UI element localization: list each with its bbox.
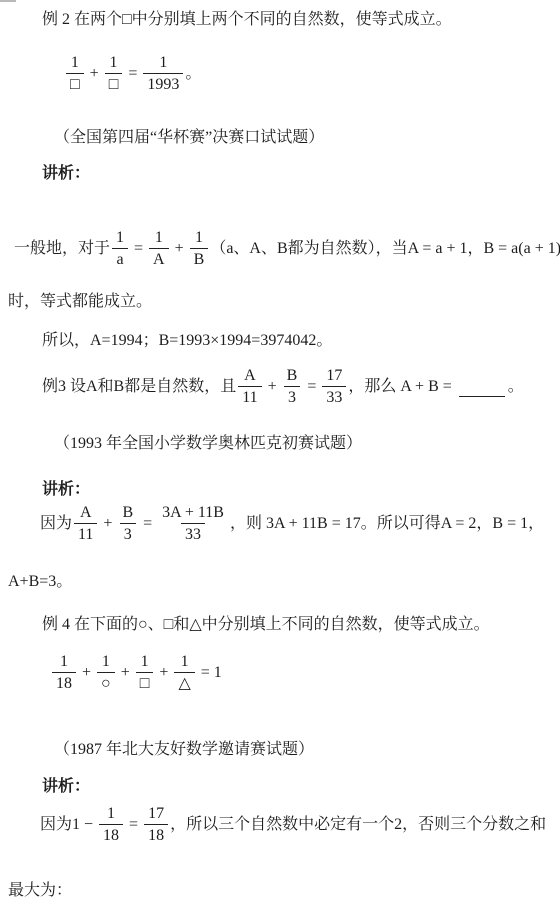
fraction: 1a — [112, 228, 128, 269]
fraction-denominator: 3 — [284, 386, 300, 407]
fraction: B3 — [118, 503, 137, 544]
fraction-denominator: □ — [105, 73, 123, 94]
formula-text: ，所以三个自然数中必定有一个2，否则三个分数之和 — [170, 813, 546, 837]
example3-analysis-line1: 因为A11 + B3 = 3A + 11B33，则 3A + 11B = 17。… — [40, 503, 544, 544]
fraction-denominator: □ — [66, 73, 84, 94]
example2-analysis-line2: 时，等式都能成立。 — [8, 290, 152, 314]
example2-analysis-label: 讲析： — [42, 162, 90, 186]
fraction: 1□ — [105, 53, 123, 94]
fraction-numerator: 1 — [191, 228, 207, 248]
formula-text: = — [125, 813, 142, 837]
fraction-numerator: 1 — [106, 53, 122, 73]
formula-text: = 1 — [197, 661, 222, 685]
fraction-numerator: 1 — [56, 652, 72, 672]
formula-text: = — [303, 375, 320, 399]
formula-text: = — [124, 62, 141, 86]
fraction-denominator: 11 — [238, 386, 261, 407]
formula-text: ，则 3A + 11B = 17。所以可得A = 2，B = 1， — [230, 512, 544, 536]
fraction-denominator: △ — [174, 672, 194, 693]
example2-problem: 例 2 在两个□中分别填上两个不同的自然数，使等式成立。 — [42, 8, 452, 32]
formula-text: + — [86, 62, 103, 86]
fraction: 1718 — [144, 804, 168, 845]
formula-text: + — [78, 661, 95, 685]
fraction-denominator: 18 — [144, 824, 168, 845]
fraction-numerator: 1 — [151, 228, 167, 248]
fraction: A11 — [238, 366, 261, 407]
fraction-numerator: 1 — [112, 228, 128, 248]
example2-source-citation: （全国第四届“华杯赛”决赛口试试题） — [54, 126, 324, 150]
example4-analysis-line2: 最大为： — [8, 879, 72, 903]
fraction: 1○ — [97, 652, 115, 693]
example4-source-citation: （1987 年北大友好数学邀请赛试题） — [54, 738, 314, 762]
fraction-numerator: 1 — [177, 652, 193, 672]
formula-text: 。 — [185, 62, 201, 86]
example3-problem: 例3 设A和B都是自然数，且A11 + B3 = 1733，那么 A + B =… — [42, 366, 524, 407]
formula-text: 例3 设A和B都是自然数，且 — [42, 375, 236, 399]
fraction-denominator: B — [190, 248, 209, 269]
fraction-numerator: 3A + 11B — [158, 503, 228, 523]
fraction-denominator: 33 — [181, 523, 205, 544]
formula-text: 因为 — [40, 512, 72, 536]
fraction: B3 — [283, 366, 302, 407]
fraction-numerator: 1 — [137, 652, 153, 672]
example2-analysis-line1: 一般地，对于1a = 1A + 1B（a、A、B都为自然数），当A = a + … — [14, 228, 560, 269]
fraction: 1□ — [136, 652, 154, 693]
fraction-numerator: 1 — [67, 53, 83, 73]
fraction: 11993 — [143, 53, 183, 94]
fraction-numerator: B — [283, 366, 302, 386]
example4-formula: 118 + 1○ + 1□ + 1△ = 1 — [50, 652, 222, 693]
page-corner-mark — [0, 0, 16, 2]
formula-text: + — [155, 661, 172, 685]
fraction-numerator: 1 — [155, 53, 171, 73]
fraction-denominator: □ — [136, 672, 154, 693]
fraction: 1B — [190, 228, 209, 269]
fraction: 1□ — [66, 53, 84, 94]
answer-blank — [459, 396, 505, 397]
formula-text: 一般地，对于 — [14, 237, 110, 261]
formula-text: （a、A、B都为自然数），当A = a + 1，B = a(a + 1) — [210, 237, 560, 261]
fraction-denominator: 3 — [120, 523, 136, 544]
example2-formula: 1□ + 1□ = 11993。 — [64, 53, 201, 94]
fraction-denominator: a — [112, 248, 127, 269]
document-page: 例 2 在两个□中分别填上两个不同的自然数，使等式成立。 1□ + 1□ = 1… — [0, 0, 560, 907]
formula-text: = — [139, 512, 156, 536]
fraction-denominator: 1993 — [143, 73, 183, 94]
formula-text: 。 — [508, 375, 524, 399]
fraction: 118 — [52, 652, 76, 693]
formula-text: + — [99, 512, 116, 536]
example4-problem: 例 4 在下面的○、□和△中分别填上不同的自然数，使等式成立。 — [42, 613, 490, 637]
fraction: 3A + 11B33 — [158, 503, 228, 544]
fraction-numerator: 17 — [322, 366, 346, 386]
formula-text: ，那么 A + B = — [348, 375, 455, 399]
formula-text: + — [117, 661, 134, 685]
example2-analysis-line3: 所以，A=1994；B=1993×1994=3974042。 — [42, 329, 332, 353]
formula-text: + — [171, 237, 188, 261]
example3-analysis-label: 讲析： — [42, 478, 90, 502]
fraction-numerator: B — [118, 503, 137, 523]
fraction-denominator: A — [149, 248, 169, 269]
fraction-numerator: 1 — [98, 652, 114, 672]
fraction-denominator: 18 — [99, 824, 123, 845]
formula-text: 因为1 − — [40, 813, 97, 837]
formula-text: = — [130, 237, 147, 261]
fraction: 118 — [99, 804, 123, 845]
fraction-numerator: 1 — [103, 804, 119, 824]
fraction: 1733 — [322, 366, 346, 407]
fraction-denominator: 11 — [74, 523, 97, 544]
fraction-numerator: A — [240, 366, 260, 386]
example4-analysis-label: 讲析： — [42, 775, 90, 799]
fraction-denominator: ○ — [97, 672, 115, 693]
fraction-denominator: 18 — [52, 672, 76, 693]
fraction-numerator: 17 — [144, 804, 168, 824]
fraction: 1A — [149, 228, 169, 269]
formula-text: + — [264, 375, 281, 399]
example3-analysis-line2: A+B=3。 — [8, 570, 72, 594]
fraction-denominator: 33 — [322, 386, 346, 407]
example3-source-citation: （1993 年全国小学数学奥林匹克初赛试题） — [54, 432, 362, 456]
fraction: 1△ — [174, 652, 194, 693]
fraction-numerator: A — [76, 503, 96, 523]
fraction: A11 — [74, 503, 97, 544]
example4-analysis-line1: 因为1 − 118 = 1718，所以三个自然数中必定有一个2，否则三个分数之和 — [40, 804, 546, 845]
